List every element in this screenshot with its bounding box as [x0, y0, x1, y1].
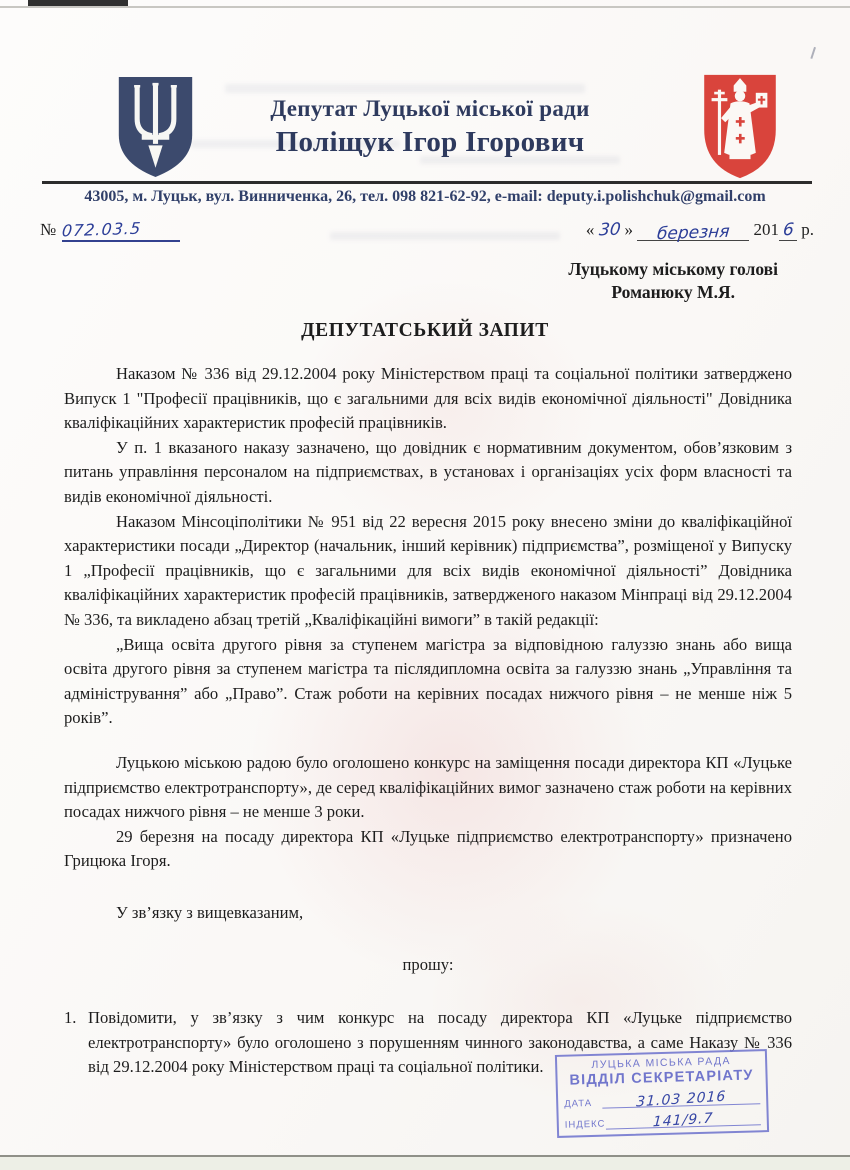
- outgoing-number: №072.03.5: [40, 220, 180, 242]
- scan-edge-line: [0, 6, 850, 8]
- stamp-date-label: ДАТА: [564, 1098, 602, 1110]
- addressee-block: Луцькому міському голові Романюку М.Я.: [568, 258, 778, 304]
- date-line: « 30 » березня 2016 р.: [586, 220, 814, 241]
- handwritten-month: березня: [656, 222, 730, 245]
- close-quote: »: [625, 220, 634, 239]
- paragraph: Луцькою міською радою було оголошено кон…: [64, 751, 792, 825]
- stamp-date-row: ДАТА 31.03 2016: [564, 1087, 760, 1109]
- paragraph: Наказом Мінсоціполітики № 951 від 22 вер…: [64, 510, 792, 633]
- letterhead-organization: Депутат Луцької міської ради: [185, 96, 675, 122]
- document-title: ДЕПУТАТСЬКИЙ ЗАПИТ: [0, 320, 850, 342]
- paragraph: У п. 1 вказаного наказу зазначено, що до…: [64, 436, 792, 510]
- letterhead-contact-line: 43005, м. Луцьк, вул. Винниченка, 26, те…: [0, 188, 850, 206]
- handwritten-outgoing-number: 072.03.5: [61, 219, 142, 241]
- paragraph: У зв’язку з вищевказаним,: [64, 901, 792, 926]
- handwritten-stamp-index: 141/9.7: [652, 1110, 714, 1130]
- bleedthrough-text-line: [225, 84, 585, 93]
- year-suffix-label: р.: [801, 220, 814, 239]
- addressee-position: Луцькому міському голові: [568, 258, 778, 281]
- printed-year-prefix: 201: [754, 220, 780, 239]
- item-number: 1.: [64, 1006, 88, 1080]
- paragraph: 29 березня на посаду директора КП «Луцьк…: [64, 825, 792, 874]
- handwritten-year-digit: 6: [782, 220, 795, 240]
- paper-bottom-edge: [0, 1155, 850, 1170]
- handwritten-day: 30: [598, 220, 621, 241]
- registration-stamp: ЛУЦЬКА МІСЬКА РАДА ВІДДІЛ СЕКРЕТАРІАТУ Д…: [555, 1049, 769, 1138]
- stamp-index-label: ІНДЕКС: [565, 1119, 606, 1131]
- letter-body: Наказом № 336 від 29.12.2004 року Мініст…: [64, 362, 792, 1080]
- paragraph: Наказом № 336 від 29.12.2004 року Мініст…: [64, 362, 792, 436]
- letterhead: Депутат Луцької міської ради Поліщук Іго…: [185, 96, 675, 159]
- stamp-index-row: ІНДЕКС 141/9.7: [565, 1108, 761, 1130]
- header-divider-line: [42, 181, 812, 184]
- letterhead-deputy-name: Поліщук Ігор Ігорович: [185, 126, 675, 159]
- number-sign-label: №: [40, 220, 56, 239]
- addressee-name: Романюку М.Я.: [568, 281, 778, 304]
- request-word: прошу:: [64, 953, 792, 978]
- paragraph-quote: „Вища освіта другого рівня за ступенем м…: [64, 633, 792, 731]
- scanned-letter-page: Депутат Луцької міської ради Поліщук Іго…: [0, 0, 850, 1170]
- stray-pen-mark: [810, 47, 822, 61]
- handwritten-stamp-date: 31.03 2016: [636, 1089, 727, 1111]
- lutsk-coat-of-arms-icon: [700, 70, 780, 188]
- open-quote: «: [586, 220, 595, 239]
- reference-row: №072.03.5 « 30 » березня 2016 р.: [40, 216, 818, 256]
